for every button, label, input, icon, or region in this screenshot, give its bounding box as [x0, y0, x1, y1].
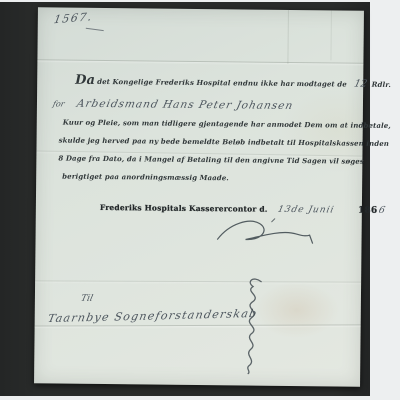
- drop-initial: Da: [75, 76, 95, 85]
- photo-dark-backdrop: 1567. Da det Kongelige Frederiks Hospita…: [0, 2, 370, 396]
- body-line-6: berigtiget paa anordningsmæssig Maade.: [62, 172, 229, 183]
- amount-handwritten: 12: [353, 79, 368, 90]
- address-recipient: Taarnbye Sogneforstanderskab: [47, 307, 259, 325]
- archive-number-underline: [86, 28, 104, 31]
- bracket-flourish: [240, 277, 267, 375]
- year-last-digit-handwritten: 6: [377, 205, 385, 216]
- fold-crease: [37, 59, 363, 65]
- address-salutation: Til: [80, 294, 94, 304]
- office-name: Frederiks Hospitals Kasserercontor d.: [100, 203, 268, 214]
- handwritten-date: 13de Junii: [277, 205, 336, 216]
- opening-line: Da det Kongelige Frederiks Hospital endn…: [75, 76, 400, 91]
- hospital-payment-notice-document: 1567. Da det Kongelige Frederiks Hospita…: [34, 7, 364, 386]
- debtor-line: for Arbeidsmand Hans Peter Johansen: [53, 97, 293, 112]
- fold-crease: [35, 280, 361, 284]
- opening-text: det Kongelige Frederiks Hospital endnu i…: [97, 77, 347, 89]
- body-line-4: skulde jeg herved paa ny bede bemeldte B…: [59, 136, 390, 148]
- fold-crease: [330, 10, 332, 60]
- dateline: Frederiks Hospitals Kasserercontor d. 13…: [100, 202, 385, 216]
- fold-crease: [35, 324, 361, 328]
- year-printed: 186: [358, 206, 377, 216]
- debtor-name: Arbeidsmand Hans Peter Johansen: [75, 98, 294, 112]
- signature-flourish: [213, 215, 317, 252]
- for-word: for: [52, 99, 66, 108]
- currency-label: Rdlr.: [372, 80, 391, 89]
- body-line-3: Kuur og Pleie, som man tidligere gjentag…: [63, 118, 391, 130]
- body-line-5: 8 Dage fra Dato, da i Mangel af Betaling…: [58, 154, 364, 166]
- archive-number: 1567.: [53, 10, 94, 26]
- fold-crease: [287, 10, 289, 64]
